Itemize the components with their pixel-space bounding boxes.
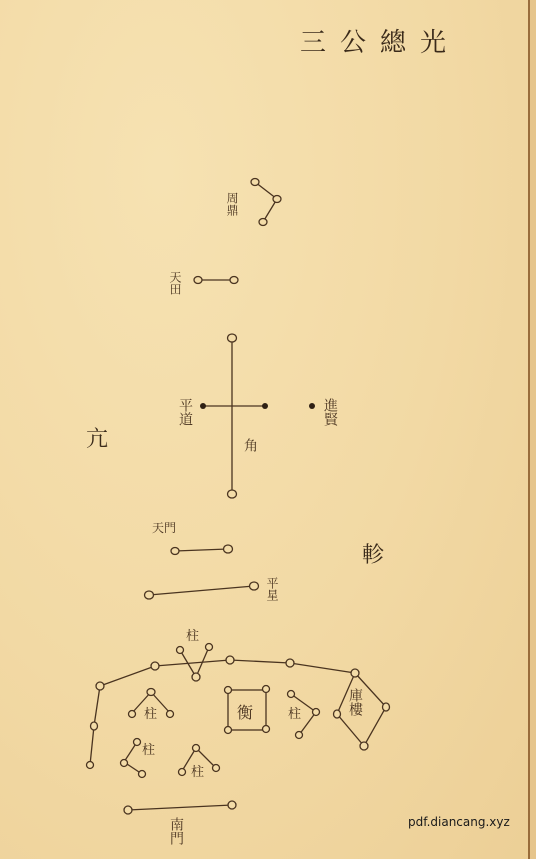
label-pingdao: 平道 [177, 398, 193, 426]
label-nanmen: 南門 [168, 816, 184, 845]
star-map: 周鼎 天田 平道 進賢 角 天門 平星 柱 柱 衡 柱 庫樓 柱 柱 南門 亢 … [0, 0, 536, 859]
label-zhu-bottom-left: 柱 [142, 742, 155, 758]
mansion-label-zhen: 軫 [362, 543, 384, 568]
label-tiantian: 天田 [168, 271, 182, 295]
label-heng: 衡 [237, 703, 253, 722]
label-zhu-bottom-center: 柱 [191, 764, 204, 780]
asterism-tiantian [194, 277, 238, 284]
asterism-tianmen [171, 545, 233, 555]
star-chart-page: 三公總光 [0, 0, 536, 859]
asterism-jiao [203, 334, 265, 498]
label-kulou: 庫樓 [347, 688, 363, 717]
label-jinxian: 進賢 [322, 398, 338, 427]
label-zhouding-1: 周鼎 [225, 192, 239, 216]
label-zhu-left: 柱 [144, 706, 157, 722]
label-jiao: 角 [242, 438, 258, 452]
label-tianmen: 天門 [152, 521, 176, 535]
watermark: pdf.diancang.xyz [408, 815, 510, 829]
label-zhu-top: 柱 [186, 628, 199, 644]
label-zhu-right: 柱 [288, 706, 301, 722]
asterism-nanmen [124, 801, 236, 814]
asterism-ping [145, 582, 259, 599]
asterism-zhouding [251, 179, 281, 226]
label-ping: 平星 [265, 577, 279, 601]
mansion-label-kang: 亢 [86, 427, 108, 452]
